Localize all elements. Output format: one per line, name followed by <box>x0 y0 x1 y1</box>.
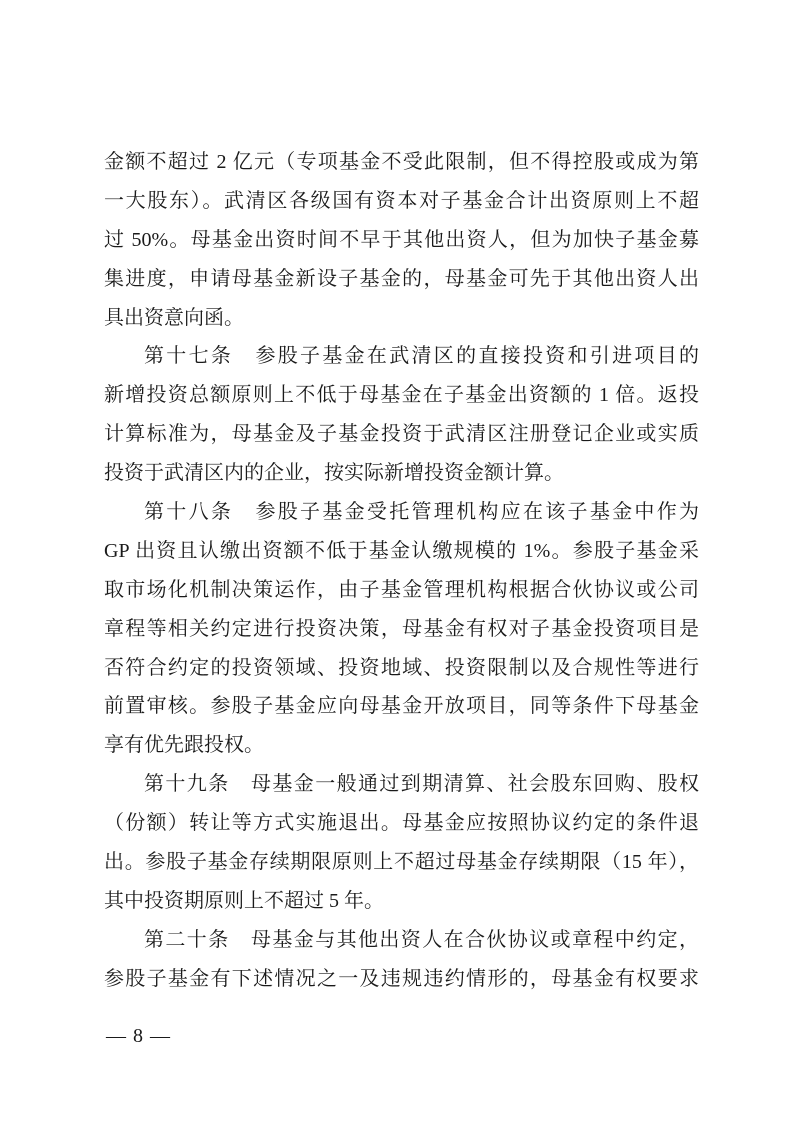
text-line: （份额）转让等方式实施退出。母基金应按照协议约定的条件退 <box>104 804 699 843</box>
text-line: 计算标准为，母基金及子基金投资于武清区注册登记企业或实质 <box>104 415 699 454</box>
page-number: — 8 — <box>106 1025 171 1047</box>
text-line: 参股子基金有下述情况之一及违规违约情形的，母基金有权要求 <box>104 960 699 999</box>
text-line: 出。参股子基金存续期限原则上不超过母基金存续期限（15 年）， <box>104 843 699 882</box>
text-line: 享有优先跟投权。 <box>104 726 699 765</box>
text-line: 第十七条 参股子基金在武清区的直接投资和引进项目的 <box>104 337 699 376</box>
text-line: 金额不超过 2 亿元（专项基金不受此限制，但不得控股或成为第 <box>104 143 699 182</box>
text-line: 第十九条 母基金一般通过到期清算、社会股东回购、股权 <box>104 765 699 804</box>
text-line: 取市场化机制决策运作，由子基金管理机构根据合伙协议或公司 <box>104 571 699 610</box>
document-body: 金额不超过 2 亿元（专项基金不受此限制，但不得控股或成为第一大股东）。武清区各… <box>104 143 699 999</box>
text-line: 章程等相关约定进行投资决策，母基金有权对子基金投资项目是 <box>104 610 699 649</box>
document-page: 金额不超过 2 亿元（专项基金不受此限制，但不得控股或成为第一大股东）。武清区各… <box>0 0 793 1122</box>
text-line: 第十八条 参股子基金受托管理机构应在该子基金中作为 <box>104 493 699 532</box>
text-line: 过 50%。母基金出资时间不早于其他出资人，但为加快子基金募 <box>104 221 699 260</box>
paragraph-article-19: 第十九条 母基金一般通过到期清算、社会股东回购、股权（份额）转让等方式实施退出。… <box>104 765 699 921</box>
paragraph-article-18: 第十八条 参股子基金受托管理机构应在该子基金中作为GP 出资且认缴出资额不低于基… <box>104 493 699 765</box>
text-line: 集进度，申请母基金新设子基金的，母基金可先于其他出资人出 <box>104 260 699 299</box>
text-line: 新增投资总额原则上不低于母基金在子基金出资额的 1 倍。返投 <box>104 376 699 415</box>
page-footer: — 8 — <box>106 1022 171 1050</box>
text-line: 一大股东）。武清区各级国有资本对子基金合计出资原则上不超 <box>104 182 699 221</box>
text-line: 其中投资期原则上不超过 5 年。 <box>104 882 699 921</box>
text-line: 第二十条 母基金与其他出资人在合伙协议或章程中约定， <box>104 921 699 960</box>
paragraph-article-20: 第二十条 母基金与其他出资人在合伙协议或章程中约定，参股子基金有下述情况之一及违… <box>104 921 699 999</box>
paragraph-continuation: 金额不超过 2 亿元（专项基金不受此限制，但不得控股或成为第一大股东）。武清区各… <box>104 143 699 337</box>
text-line: GP 出资且认缴出资额不低于基金认缴规模的 1%。参股子基金采 <box>104 532 699 571</box>
text-line: 否符合约定的投资领域、投资地域、投资限制以及合规性等进行 <box>104 649 699 688</box>
text-line: 前置审核。参股子基金应向母基金开放项目，同等条件下母基金 <box>104 687 699 726</box>
text-line: 具出资意向函。 <box>104 299 699 338</box>
paragraph-article-17: 第十七条 参股子基金在武清区的直接投资和引进项目的新增投资总额原则上不低于母基金… <box>104 337 699 493</box>
text-line: 投资于武清区内的企业，按实际新增投资金额计算。 <box>104 454 699 493</box>
